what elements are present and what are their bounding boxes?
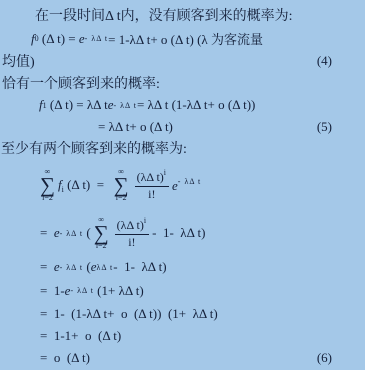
- derivation-step-5: = 1-1+ o (Δ t): [0, 325, 365, 347]
- intro-text-1: 在一段时间Δ t内，没有顾客到来的概率为:: [35, 5, 293, 25]
- exponent: - λΔ t: [113, 101, 136, 110]
- intro-text-2: 恰有一个顾客到来的概率:: [2, 73, 160, 93]
- step2-tail: - 1- λΔ t): [113, 259, 166, 275]
- equation-number-6: (6): [317, 350, 332, 366]
- exponent: λΔ t: [96, 263, 113, 272]
- exponent: - λΔ t: [70, 286, 93, 295]
- step1-tail: - 1- λΔ t): [152, 225, 205, 241]
- equation-number-5: (5): [317, 119, 332, 135]
- f1-argument: (Δ t) = λΔ t: [47, 97, 108, 113]
- equation-sum: ∞ ∑ i=2 fi (Δ t) = ∞ ∑ i=2 (λΔ t)i i! e-…: [0, 159, 365, 211]
- derivation-step-1: = e- λΔ t ( ∞ ∑ i=2 (λΔ t)i i! - 1- λΔ t…: [0, 211, 365, 255]
- poisson-fraction: (λΔ t)i i!: [135, 168, 169, 202]
- f0-argument: (Δ t) =: [39, 31, 79, 47]
- equals-sign: =: [40, 225, 54, 241]
- fraction-denominator: i!: [148, 187, 155, 202]
- f1-simplified: = λΔ t+ o (Δ t): [98, 119, 173, 135]
- sum-lower-limit: i=2: [42, 194, 53, 202]
- fraction-numerator: (λΔ t)i: [115, 216, 149, 235]
- sum-lower-limit: i=2: [96, 242, 107, 250]
- exp-term: e- λΔ t: [172, 177, 201, 194]
- derivation-step-4: = 1- (1-λΔ t+ o (Δ t)) (1+ λΔ t): [0, 302, 365, 325]
- fraction-denominator: i!: [128, 235, 135, 250]
- inner-summation: ∞ ∑ i=2: [94, 216, 109, 251]
- intro-line-two-customers: 至少有两个顾客到来的概率为:: [0, 137, 365, 159]
- document-page: 在一段时间Δ t内，没有顾客到来的概率为: f0 (Δ t) = e- λΔ t…: [0, 0, 365, 370]
- result-text: = o (Δ t): [40, 350, 90, 366]
- step3-tail: (1+ λΔ t): [94, 283, 144, 299]
- fi-term: fi (Δ t) =: [58, 177, 111, 194]
- intro-text-3: 至少有两个顾客到来的概率为:: [1, 138, 187, 158]
- open-paren: (: [83, 225, 91, 241]
- summation-lhs: ∞ ∑ i=2: [40, 168, 55, 203]
- step3-lead: = 1-: [40, 283, 65, 299]
- summation-rhs: ∞ ∑ i=2: [114, 168, 129, 203]
- open-paren: (: [83, 259, 91, 275]
- equation-f1: f1 (Δ t) = λΔ te- λΔ t= λΔ t (1-λΔ t+ o …: [0, 94, 365, 116]
- step4-text: = 1- (1-λΔ t+ o (Δ t)) (1+ λΔ t): [40, 306, 218, 322]
- exponent: - λΔ t: [60, 263, 83, 272]
- exponent: - λΔ t: [85, 34, 108, 43]
- sigma-symbol: ∑: [94, 224, 109, 243]
- equals-sign: =: [40, 259, 54, 275]
- derivation-result: = o (Δ t) (6): [0, 347, 365, 369]
- sigma-symbol: ∑: [114, 176, 129, 195]
- equation-f0: f0 (Δ t) = e- λΔ t= 1-λΔ t+ o (Δ t) (λ 为…: [0, 27, 365, 50]
- equation-f1-step2: = λΔ t+ o (Δ t) (5): [0, 116, 365, 137]
- derivation-step-2: = e- λΔ t (eλΔ t- 1- λΔ t): [0, 255, 365, 279]
- derivation-step-3: = 1-e- λΔ t (1+ λΔ t): [0, 279, 365, 302]
- intro-line-one-customer: 恰有一个顾客到来的概率:: [0, 72, 365, 94]
- continuation-text: 均值): [2, 51, 35, 71]
- sum-lower-limit: i=2: [116, 194, 127, 202]
- step5-text: = 1-1+ o (Δ t): [40, 328, 121, 344]
- equation-number-4: (4): [317, 53, 332, 69]
- exponent: - λΔ t: [60, 229, 83, 238]
- f1-expansion: = λΔ t (1-λΔ t+ o (Δ t)): [137, 97, 255, 113]
- poisson-fraction: (λΔ t)i i!: [115, 216, 149, 250]
- equation-f0-continuation: 均值) (4): [0, 50, 365, 72]
- intro-line-no-customer: 在一段时间Δ t内，没有顾客到来的概率为:: [0, 3, 365, 27]
- f0-expansion: = 1-λΔ t+ o (Δ t) (λ 为客流量: [108, 29, 263, 48]
- fraction-numerator: (λΔ t)i: [135, 168, 169, 187]
- sigma-symbol: ∑: [40, 176, 55, 195]
